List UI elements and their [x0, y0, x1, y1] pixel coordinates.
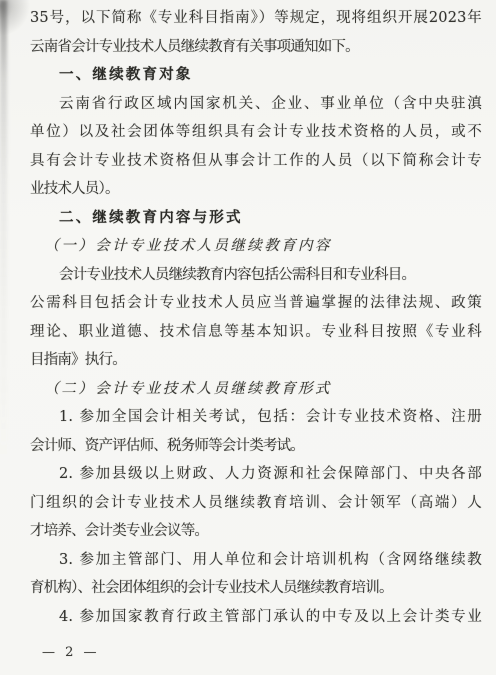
text-line: 1. 参加全国会计相关考试，包括：会计专业技术资格、注册 [30, 403, 482, 432]
text-line: 2. 参加县级以上财政、人力资源和社会保障部门、中央各部 [30, 460, 482, 489]
text-line: 门组织的会计专业技术人员继续教育培训、会计领军（高端）人 [30, 489, 482, 518]
text-line: 单位）以及社会团体等组织具有会计专业技术资格的人员，或不 [30, 118, 482, 147]
text-line: 4. 参加国家教育行政主管部门承认的中专及以上会计类专业 [30, 603, 482, 632]
scanned-document-page: 35号，以下简称《专业科目指南》）等规定，现将组织开展2023年云南省会计专业技… [0, 0, 496, 675]
text-line: 云南省会计专业技术人员继续教育有关事项通知如下。 [30, 33, 482, 62]
text-line: 业技术人员）。 [30, 175, 482, 204]
text-line: 公需科目包括会计专业技术人员应当普遍掌握的法律法规、政策 [30, 289, 482, 318]
text-line: 理论、职业道德、技术信息等基本知识。专业科目按照《专业科 [30, 318, 482, 347]
subsection-heading: （一）会计专业技术人员继续教育内容 [30, 232, 482, 261]
text-line: 云南省行政区域内国家机关、企业、事业单位（含中央驻滇 [30, 90, 482, 119]
section-heading: 一、继续教育对象 [30, 61, 482, 90]
text-line: 会计师、资产评估师、税务师等会计类考试。 [30, 432, 482, 461]
text-line: 才培养、会计类专业会议等。 [30, 517, 482, 546]
page-number: — 2 — [42, 645, 100, 660]
document-body: 35号，以下简称《专业科目指南》）等规定，现将组织开展2023年云南省会计专业技… [30, 4, 482, 631]
text-line: 35号，以下简称《专业科目指南》）等规定，现将组织开展2023年 [30, 4, 482, 33]
scan-edge-shadow [0, 0, 7, 460]
section-heading: 二、继续教育内容与形式 [30, 204, 482, 233]
subsection-heading: （二）会计专业技术人员继续教育形式 [30, 375, 482, 404]
text-line: 目指南》执行。 [30, 346, 482, 375]
text-line: 育机构）、社会团体组织的会计专业技术人员继续教育培训。 [30, 574, 482, 603]
text-line: 3. 参加主管部门、用人单位和会计培训机构（含网络继续教 [30, 546, 482, 575]
text-line: 会计专业技术人员继续教育内容包括公需科目和专业科目。 [30, 261, 482, 290]
text-line: 具有会计专业技术资格但从事会计工作的人员（以下简称会计专 [30, 147, 482, 176]
